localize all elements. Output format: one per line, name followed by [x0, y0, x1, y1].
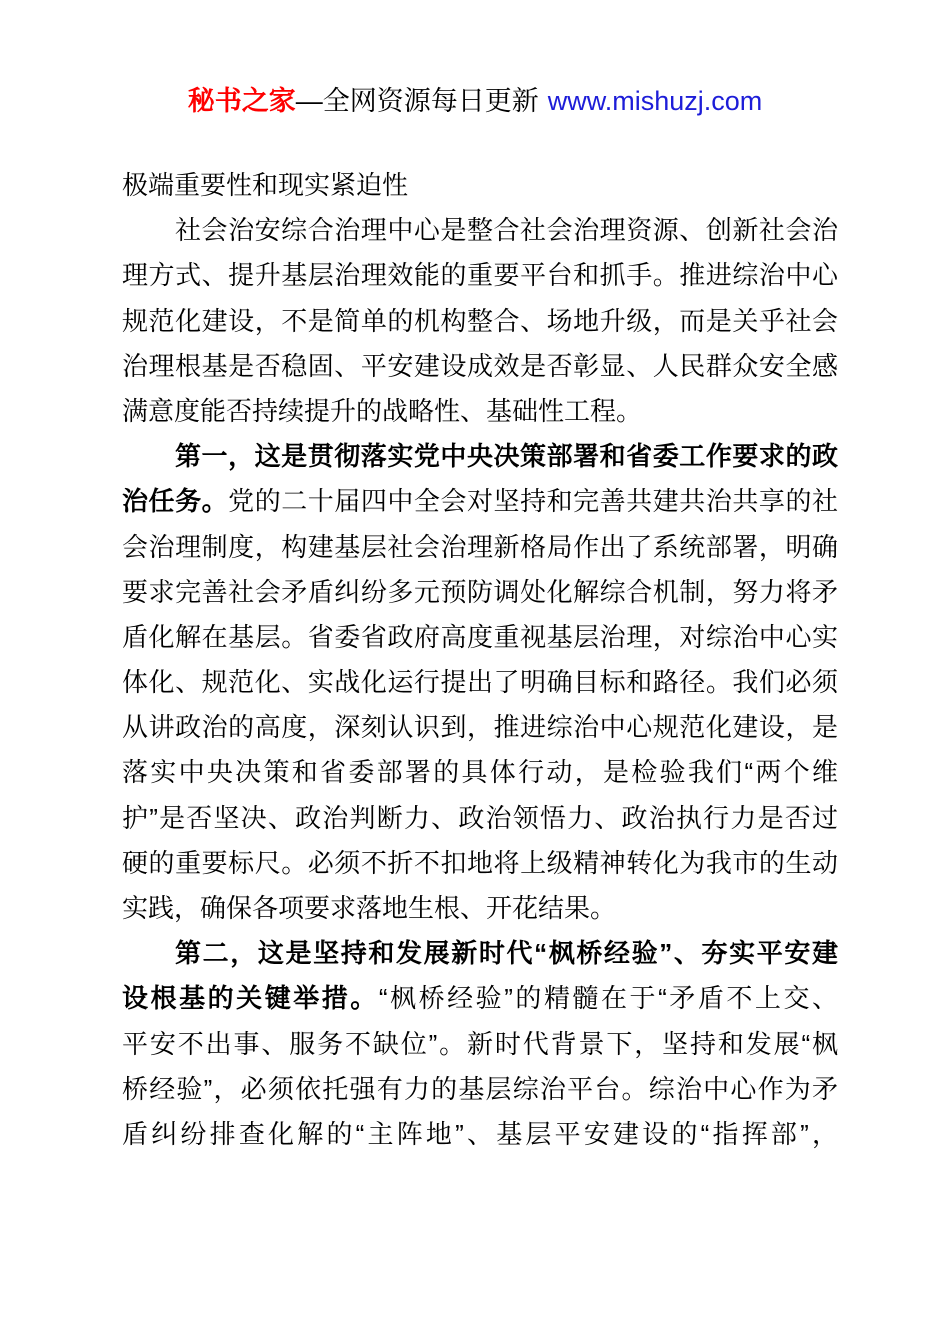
bold-text-segment: 治任务。: [122, 486, 228, 516]
text-segment: 要求完善社会矛盾纠纷多元预防调处化解综合机制，努力将矛: [122, 577, 838, 607]
bold-text-segment: 第二，这是坚持和发展新时代“枫桥经验”、夯实平安建: [175, 938, 838, 968]
text-line: 设根基的关键举措。“枫桥经验”的精髓在于“矛盾不上交、: [122, 976, 838, 1021]
text-segment: 桥经验”，必须依托强有力的基层综治平台。综治中心作为矛: [122, 1074, 838, 1104]
text-line: 体化、规范化、实战化运行提出了明确目标和路径。我们必须: [122, 660, 838, 705]
site-url: www.mishuzj.com: [548, 86, 763, 116]
text-segment: 体化、规范化、实战化运行提出了明确目标和路径。我们必须: [122, 667, 838, 697]
bold-text-segment: 第一，这是贯彻落实党中央决策部署和省委工作要求的政: [175, 441, 838, 471]
text-segment: 平安不出事、服务不缺位”。新时代背景下，坚持和发展“枫: [122, 1029, 838, 1059]
text-line: 满意度能否持续提升的战略性、基础性工程。: [122, 389, 838, 434]
text-line: 硬的重要标尺。必须不折不扣地将上级精神转化为我市的生动: [122, 841, 838, 886]
text-line: 社会治安综合治理中心是整合社会治理资源、创新社会治: [122, 208, 838, 253]
brand-name: 秘书之家: [188, 86, 296, 116]
text-line: 盾化解在基层。省委省政府高度重视基层治理，对综治中心实: [122, 615, 838, 660]
text-segment: “枫桥经验”的精髓在于“矛盾不上交、: [379, 983, 838, 1013]
text-line: 治任务。党的二十届四中全会对坚持和完善共建共治共享的社: [122, 479, 838, 524]
text-line: 平安不出事、服务不缺位”。新时代背景下，坚持和发展“枫: [122, 1022, 838, 1067]
text-segment: 盾化解在基层。省委省政府高度重视基层治理，对综治中心实: [122, 622, 838, 652]
text-segment: 理方式、提升基层治理效能的重要平台和抓手。推进综治中心: [122, 260, 838, 290]
text-segment: 落实中央决策和省委部署的具体行动，是检验我们“两个维: [122, 757, 838, 787]
text-segment: 会治理制度，构建基层社会治理新格局作出了系统部署，明确: [122, 532, 838, 562]
text-line: 护”是否坚决、政治判断力、政治领悟力、政治执行力是否过: [122, 796, 838, 841]
page-header: 秘书之家—全网资源每日更新www.mishuzj.com: [0, 84, 950, 118]
document-page: 秘书之家—全网资源每日更新www.mishuzj.com 极端重要性和现实紧迫性…: [0, 0, 950, 1344]
header-tagline: —全网资源每日更新: [296, 86, 539, 116]
text-line: 极端重要性和现实紧迫性: [122, 163, 838, 208]
text-segment: 极端重要性和现实紧迫性: [122, 170, 408, 200]
text-segment: 盾纠纷排查化解的“主阵地”、基层平安建设的“指挥部”，: [122, 1119, 838, 1149]
text-line: 落实中央决策和省委部署的具体行动，是检验我们“两个维: [122, 750, 838, 795]
text-segment: 硬的重要标尺。必须不折不扣地将上级精神转化为我市的生动: [122, 848, 838, 878]
text-segment: 护”是否坚决、政治判断力、政治领悟力、政治执行力是否过: [122, 803, 838, 833]
text-segment: 治理根基是否稳固、平安建设成效是否彰显、人民群众安全感: [122, 351, 838, 381]
text-line: 盾纠纷排查化解的“主阵地”、基层平安建设的“指挥部”，: [122, 1112, 838, 1157]
text-line: 第二，这是坚持和发展新时代“枫桥经验”、夯实平安建: [122, 931, 838, 976]
text-line: 理方式、提升基层治理效能的重要平台和抓手。推进综治中心: [122, 253, 838, 298]
document-body: 极端重要性和现实紧迫性社会治安综合治理中心是整合社会治理资源、创新社会治理方式、…: [122, 163, 838, 1157]
text-line: 会治理制度，构建基层社会治理新格局作出了系统部署，明确: [122, 525, 838, 570]
text-line: 要求完善社会矛盾纠纷多元预防调处化解综合机制，努力将矛: [122, 570, 838, 615]
text-segment: 从讲政治的高度，深刻认识到，推进综治中心规范化建设，是: [122, 712, 838, 742]
text-line: 从讲政治的高度，深刻认识到，推进综治中心规范化建设，是: [122, 705, 838, 750]
text-line: 桥经验”，必须依托强有力的基层综治平台。综治中心作为矛: [122, 1067, 838, 1112]
text-segment: 实践，确保各项要求落地生根、开花结果。: [122, 893, 616, 923]
text-line: 第一，这是贯彻落实党中央决策部署和省委工作要求的政: [122, 434, 838, 479]
text-segment: 规范化建设，不是简单的机构整合、场地升级，而是关乎社会: [122, 306, 838, 336]
text-segment: 社会治安综合治理中心是整合社会治理资源、创新社会治: [175, 215, 838, 245]
text-line: 实践，确保各项要求落地生根、开花结果。: [122, 886, 838, 931]
text-segment: 党的二十届四中全会对坚持和完善共建共治共享的社: [228, 486, 838, 516]
text-line: 规范化建设，不是简单的机构整合、场地升级，而是关乎社会: [122, 299, 838, 344]
text-segment: 满意度能否持续提升的战略性、基础性工程。: [122, 396, 642, 426]
bold-text-segment: 设根基的关键举措。: [122, 983, 379, 1013]
text-line: 治理根基是否稳固、平安建设成效是否彰显、人民群众安全感: [122, 344, 838, 389]
